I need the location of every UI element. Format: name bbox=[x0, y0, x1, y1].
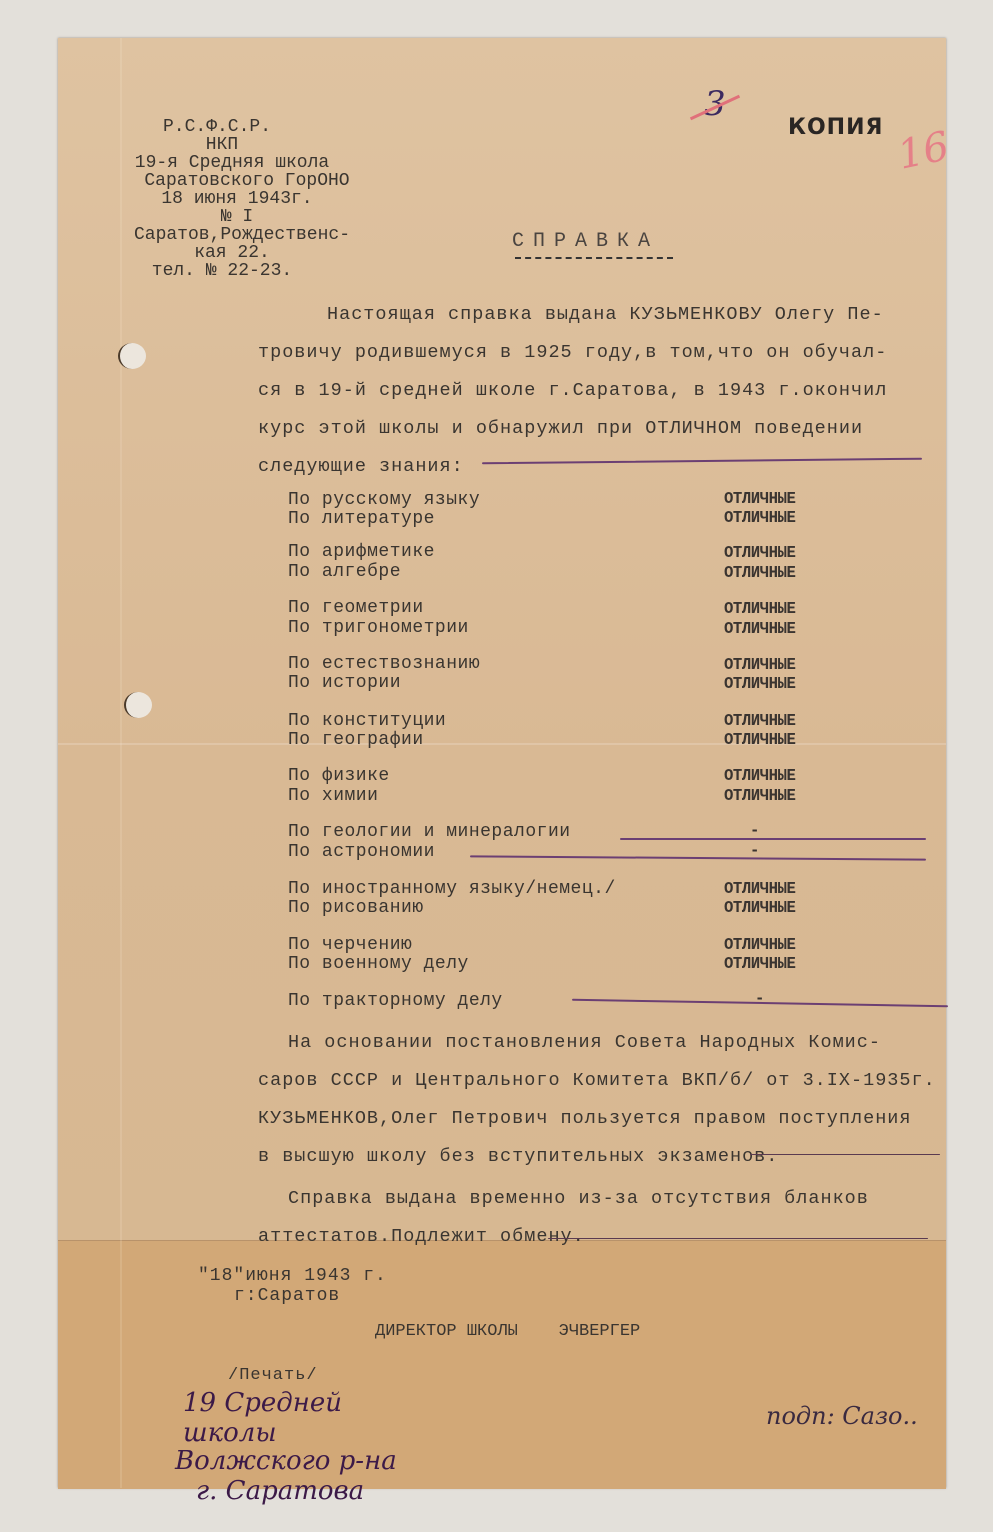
fill-line bbox=[620, 838, 926, 840]
note-line: аттестатов.Подлежит обмену. bbox=[258, 1218, 585, 1256]
punch-hole-icon bbox=[118, 343, 146, 369]
decree-line: в высшую школу без вступительных экзамен… bbox=[258, 1138, 778, 1176]
intro-line: следующие знания: bbox=[258, 448, 464, 486]
letterhead-line: кая 22. bbox=[92, 244, 372, 262]
letterhead-line: Саратов,Рождественс- bbox=[112, 226, 372, 244]
intro-line: курс этой школы и обнаружил при ОТЛИЧНОМ… bbox=[258, 410, 863, 448]
letterhead-line: Р.С.Ф.С.Р. bbox=[62, 118, 372, 136]
subject-label: По химии bbox=[288, 786, 378, 806]
handwritten-seal-line: г. Саратова bbox=[196, 1476, 364, 1506]
grade-value: ОТЛИЧНЫЕ bbox=[724, 880, 795, 899]
handwritten-signature: подп: Сазо.. bbox=[766, 1402, 918, 1430]
signature-line: ДИРЕКТОР ШКОЛЫ ЭЧВЕРГЕР bbox=[375, 1322, 640, 1341]
subject-label: По геометрии bbox=[288, 598, 424, 618]
grade-value: ОТЛИЧНЫЕ bbox=[724, 620, 795, 639]
subject-label: По арифметике bbox=[288, 542, 435, 562]
subject-label: По конституции bbox=[288, 711, 446, 731]
decree-line: саров СССР и Центрального Комитета ВКП/б… bbox=[258, 1062, 936, 1100]
intro-line: тровичу родившемуся в 1925 году,в том,чт… bbox=[258, 334, 887, 372]
subject-label: По тригонометрии bbox=[288, 618, 469, 638]
subject-label: По алгебре bbox=[288, 562, 401, 582]
intro-line: ся в 19-й средней школе г.Саратова, в 19… bbox=[258, 372, 887, 410]
decree-line: КУЗЬМЕНКОВ,Олег Петрович пользуется прав… bbox=[258, 1100, 912, 1138]
letterhead-line: Саратовского ГорОНО bbox=[122, 172, 372, 190]
fill-line bbox=[750, 1154, 940, 1155]
grade-value: - bbox=[755, 990, 764, 1009]
subject-label: По естествознанию bbox=[288, 654, 480, 674]
subject-label: По литературе bbox=[288, 509, 435, 529]
grade-value: ОТЛИЧНЫЕ bbox=[724, 955, 795, 974]
grade-value: ОТЛИЧНЫЕ bbox=[724, 656, 795, 675]
handwritten-seal-line: Волжского р-на bbox=[175, 1446, 397, 1476]
grade-value: ОТЛИЧНЫЕ bbox=[724, 712, 795, 731]
fill-line bbox=[548, 1238, 928, 1239]
document-title: СПРАВКА bbox=[512, 230, 659, 253]
city-line: г:Саратов bbox=[234, 1286, 340, 1306]
subject-label: По астрономии bbox=[288, 842, 435, 862]
grade-value: ОТЛИЧНЫЕ bbox=[724, 509, 795, 528]
title-underline bbox=[515, 257, 673, 261]
grade-value: ОТЛИЧНЫЕ bbox=[724, 564, 795, 583]
grade-value: ОТЛИЧНЫЕ bbox=[724, 675, 795, 694]
subject-label: По военному делу bbox=[288, 954, 469, 974]
grade-value: ОТЛИЧНЫЕ bbox=[724, 787, 795, 806]
horizontal-fold bbox=[58, 743, 946, 745]
seal-label: /Печать/ bbox=[228, 1366, 318, 1385]
subject-label: По рисованию bbox=[288, 898, 424, 918]
intro-line: Настоящая справка выдана КУЗЬМЕНКОВУ Оле… bbox=[327, 296, 884, 334]
grade-value: ОТЛИЧНЫЕ bbox=[724, 544, 795, 563]
note-line: Справка выдана временно из-за отсутствия… bbox=[288, 1180, 869, 1218]
copy-stamp: КОПИЯ bbox=[788, 115, 883, 140]
handwritten-seal-line: 19 Средней bbox=[183, 1388, 342, 1418]
punch-hole-icon bbox=[124, 692, 152, 718]
subject-label: По географии bbox=[288, 730, 424, 750]
subject-label: По физике bbox=[288, 766, 390, 786]
decree-line: На основании постановления Совета Народн… bbox=[288, 1024, 881, 1062]
subject-label: По русскому языку bbox=[288, 490, 480, 510]
subject-label: По тракторному делу bbox=[288, 991, 503, 1011]
letterhead-line: 19-я Средняя школа bbox=[92, 154, 372, 172]
letterhead-line: тел. № 22-23. bbox=[72, 262, 372, 280]
grade-value: ОТЛИЧНЫЕ bbox=[724, 490, 795, 509]
subject-label: По геологии и минералогии bbox=[288, 822, 571, 842]
letterhead-line: № I bbox=[102, 208, 372, 226]
grade-value: ОТЛИЧНЫЕ bbox=[724, 731, 795, 750]
date-line: "18"июня 1943 г. bbox=[198, 1266, 387, 1286]
letterhead-line: 18 июня 1943г. bbox=[102, 190, 372, 208]
letterhead-line: НКП bbox=[72, 136, 372, 154]
grade-value: ОТЛИЧНЫЕ bbox=[724, 767, 795, 786]
handwritten-seal-line: школы bbox=[183, 1418, 277, 1448]
grade-value: ОТЛИЧНЫЕ bbox=[724, 600, 795, 619]
subject-label: По иностранному языку/немец./ bbox=[288, 879, 616, 899]
letterhead: Р.С.Ф.С.Р. НКП 19-я Средняя школа Сарато… bbox=[92, 118, 372, 280]
subject-label: По черчению bbox=[288, 935, 412, 955]
grade-value: ОТЛИЧНЫЕ bbox=[724, 899, 795, 918]
grade-value: ОТЛИЧНЫЕ bbox=[724, 936, 795, 955]
subject-label: По истории bbox=[288, 673, 401, 693]
